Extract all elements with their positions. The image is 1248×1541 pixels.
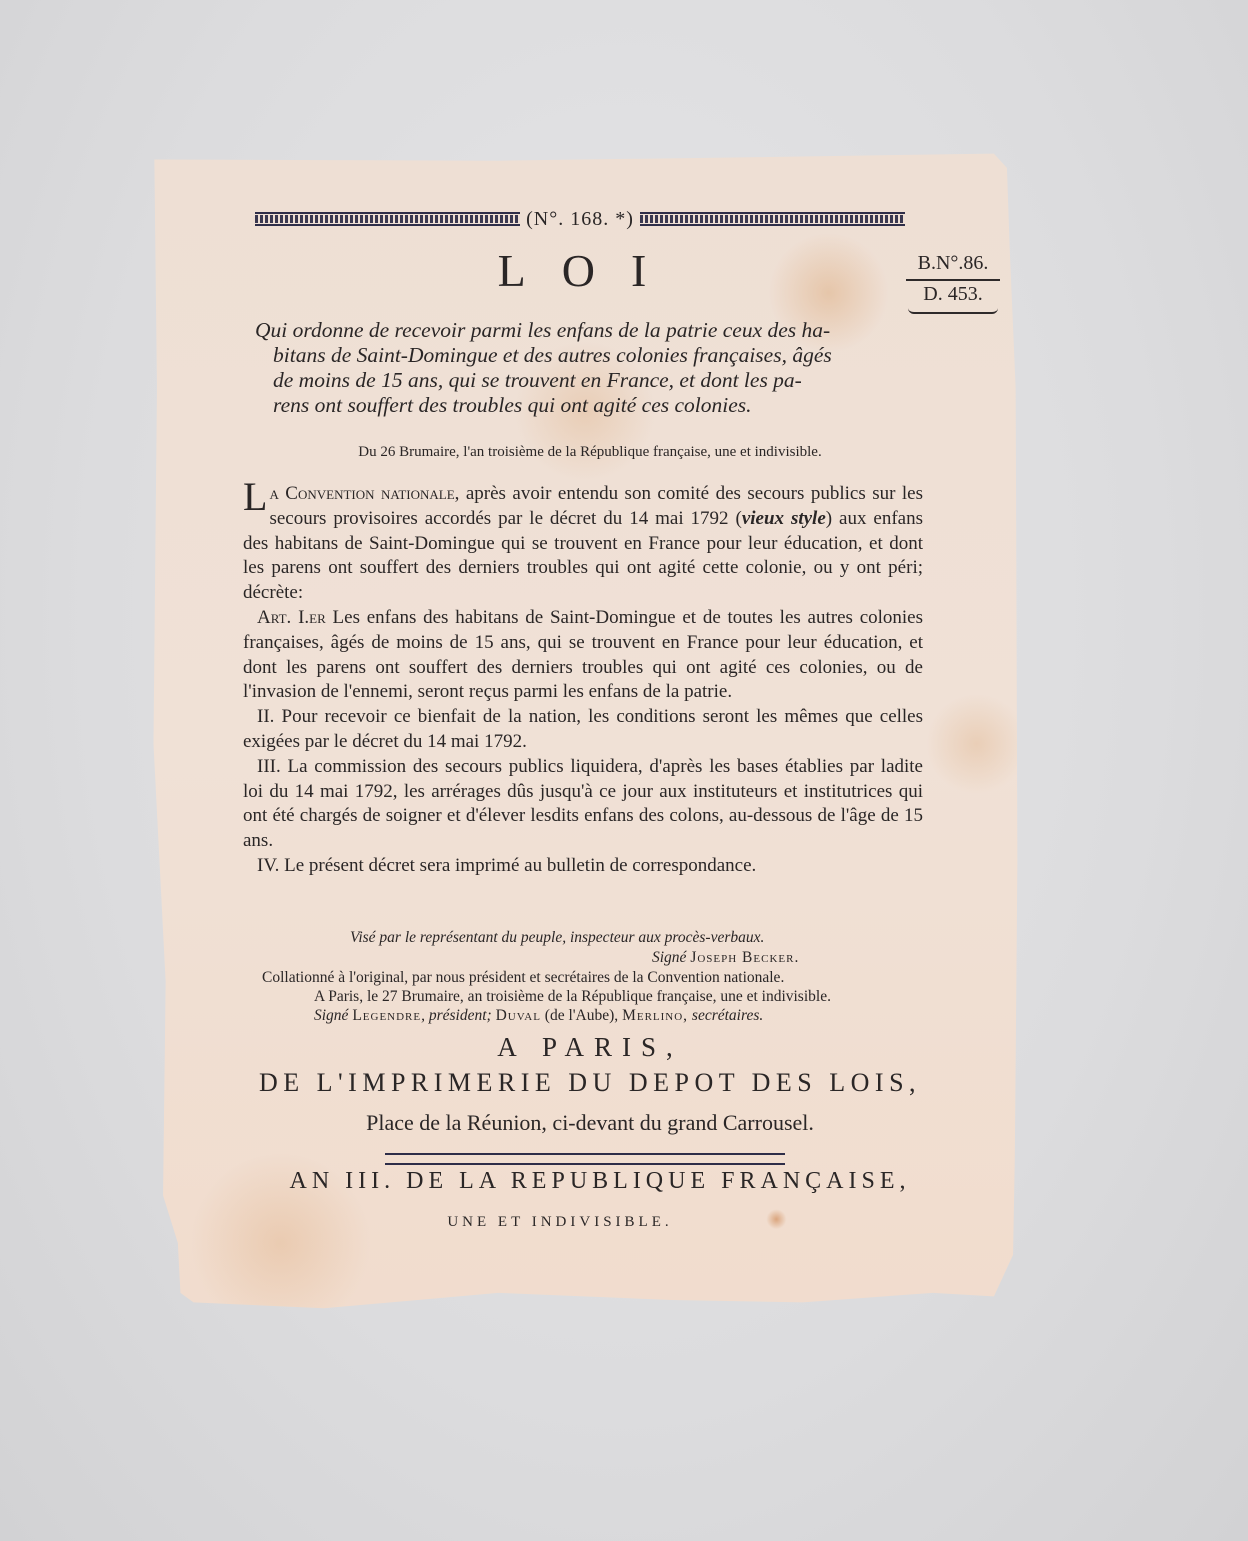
imprint-printer: DE L'IMPRIMERIE DU DEPOT DES LOIS, [200, 1068, 980, 1098]
ornament-bar-right [640, 212, 905, 226]
imprint-address: Place de la Réunion, ci-devant du grand … [200, 1110, 980, 1136]
article-label: III. [257, 756, 281, 777]
president-name: Legendre [352, 1007, 421, 1024]
article-label: Art. I.er [257, 607, 326, 628]
vise-line: Visé par le représentant du peuple, insp… [350, 928, 910, 948]
collation-signatures: Signé Legendre, président; Duval (de l'A… [262, 1006, 962, 1025]
secretary-2-name: Merlino, [622, 1007, 688, 1024]
preamble-lead: a Convention nationale [269, 483, 454, 504]
article-text: Le présent décret sera imprimé au bullet… [284, 855, 756, 876]
header-ornament-rule: (N°. 168. *) [255, 208, 905, 230]
secretaries-title: secrétaires. [692, 1007, 763, 1024]
imprint-year: AN III. DE LA REPUBLIQUE FRANÇAISE, [220, 1168, 980, 1195]
preamble: La Convention nationale, après avoir ent… [243, 482, 923, 606]
subtitle-line: de moins de 15 ans, qui se trouvent en F… [255, 368, 935, 393]
article-4: IV. Le présent décret sera imprimé au bu… [243, 854, 923, 879]
bulletin-reference: B.N°.86. D. 453. [898, 252, 1008, 314]
article-text: Pour recevoir ce bienfait de la nation, … [243, 706, 923, 752]
collation-place-date: A Paris, le 27 Brumaire, an troisième de… [262, 987, 962, 1006]
signed-prefix: Signé [314, 1007, 348, 1024]
dateline: Du 26 Brumaire, l'an troisième de la Rép… [290, 444, 890, 461]
signer-name: Joseph Becker. [690, 949, 799, 966]
article-2: II. Pour recevoir ce bienfait de la nati… [243, 705, 923, 755]
vise-signature: Signé Joseph Becker. [350, 948, 910, 968]
ornament-bar-left [255, 212, 520, 226]
article-label: II. [257, 706, 274, 727]
decree-body: La Convention nationale, après avoir ent… [243, 482, 923, 879]
bulletin-number: B.N°.86. [906, 252, 1000, 281]
article-text: Les enfans des habitans de Saint-Domingu… [243, 607, 923, 702]
subtitle-line: bitans de Saint-Domingue et des autres c… [255, 343, 935, 368]
article-text: La commission des secours publics liquid… [243, 756, 923, 851]
subtitle-line: rens ont souffert des troubles qui ont a… [255, 393, 935, 418]
document-title: LOI [460, 244, 720, 297]
imprint-motto: UNE ET INDIVISIBLE. [220, 1214, 900, 1231]
article-label: IV. [257, 855, 279, 876]
imprint-city: A PARIS, [200, 1032, 980, 1063]
bottom-ornament-rule [385, 1153, 785, 1165]
collation-line: Collationné à l'original, par nous prési… [262, 968, 962, 987]
article-3: III. La commission des secours publics l… [243, 755, 923, 854]
president-title: , président; [421, 1007, 492, 1024]
document-number: (N°. 168. *) [526, 208, 634, 231]
decree-number: D. 453. [898, 281, 1008, 306]
dropcap: L [243, 482, 267, 512]
law-subtitle: Qui ordonne de recevoir parmi les enfans… [255, 318, 935, 418]
collation-block: Collationné à l'original, par nous prési… [262, 968, 962, 1025]
secretary-1-note: (de l'Aube), [545, 1007, 618, 1024]
article-1: Art. I.er Les enfans des habitans de Sai… [243, 606, 923, 705]
signed-prefix: Signé [652, 949, 686, 966]
vise-attestation: Visé par le représentant du peuple, insp… [350, 928, 910, 968]
subtitle-line: Qui ordonne de recevoir parmi les enfans… [255, 318, 935, 343]
secretary-1-name: Duval [496, 1007, 541, 1024]
brace-ornament [908, 306, 998, 314]
preamble-italic: vieux style [742, 508, 826, 529]
